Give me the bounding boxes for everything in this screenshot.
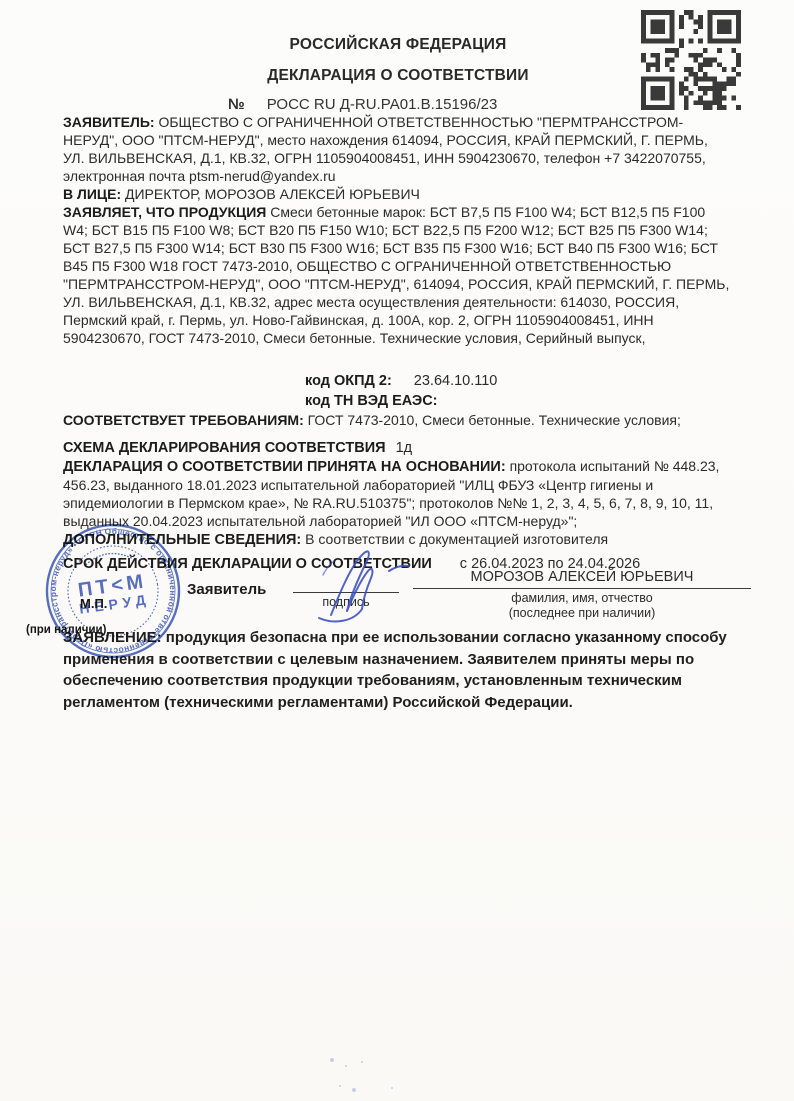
scheme-value: 1д bbox=[396, 440, 413, 456]
applicant-text: ОБЩЕСТВО С ОГРАНИЧЕННОЙ ОТВЕТСТВЕННОСТЬЮ… bbox=[63, 114, 708, 184]
codes-section: код ОКПД 2:23.64.10.110 код ТН ВЭД ЕАЭС: bbox=[63, 371, 733, 411]
signatory-name: МОРОЗОВ АЛЕКСЕЙ ЮРЬЕВИЧ bbox=[413, 569, 751, 589]
applicant-label: ЗАЯВИТЕЛЬ: bbox=[63, 114, 155, 130]
person-text: ДИРЕКТОР, МОРОЗОВ АЛЕКСЕЙ ЮРЬЕВИЧ bbox=[125, 186, 420, 202]
signature-scribble bbox=[293, 545, 453, 629]
stamp-ornament bbox=[85, 551, 132, 565]
document-title: ДЕКЛАРАЦИЯ О СООТВЕТСТВИИ bbox=[63, 67, 733, 85]
scheme-label: СХЕМА ДЕКЛАРИРОВАНИЯ СООТВЕТСТВИЯ bbox=[63, 440, 386, 456]
conformity-label: СООТВЕТСТВУЕТ ТРЕБОВАНИЯМ: bbox=[63, 412, 304, 428]
signatory-name-block: МОРОЗОВ АЛЕКСЕЙ ЮРЬЕВИЧ фамилия, имя, от… bbox=[413, 569, 751, 621]
applicant-section: ЗАЯВИТЕЛЬ: ОБЩЕСТВО С ОГРАНИЧЕННОЙ ОТВЕТ… bbox=[63, 113, 733, 203]
name-caption-1: фамилия, имя, отчество bbox=[413, 591, 751, 606]
okpd-label: код ОКПД 2: bbox=[305, 373, 392, 389]
scanned-declaration-page: { "header": { "country": "РОССИЙСКАЯ ФЕД… bbox=[0, 0, 794, 1101]
okpd-row: код ОКПД 2:23.64.10.110 bbox=[305, 371, 733, 391]
mp-note: (при наличии) bbox=[26, 624, 106, 636]
number-value: РОСС RU Д-RU.РА01.В.15196/23 bbox=[267, 96, 498, 113]
scheme-section: СХЕМА ДЕКЛАРИРОВАНИЯ СООТВЕТСТВИЯ1д bbox=[63, 439, 733, 457]
tnved-row: код ТН ВЭД ЕАЭС: bbox=[305, 391, 733, 411]
mp-label: М.П. bbox=[80, 596, 107, 611]
okpd-value: 23.64.10.110 bbox=[414, 373, 498, 389]
company-stamp: Общество с ограниченной ответственностью… bbox=[17, 495, 209, 687]
conformity-section: СООТВЕТСТВУЕТ ТРЕБОВАНИЯМ: ГОСТ 7473-201… bbox=[63, 411, 733, 429]
country-title: РОССИЙСКАЯ ФЕДЕРАЦИЯ bbox=[63, 36, 733, 54]
product-label: ЗАЯВЛЯЕТ, ЧТО ПРОДУКЦИЯ bbox=[63, 204, 266, 220]
product-section: ЗАЯВЛЯЕТ, ЧТО ПРОДУКЦИЯ Смеси бетонные м… bbox=[63, 203, 733, 347]
number-sign: № bbox=[228, 96, 245, 113]
product-text: Смеси бетонные марок: БСТ В7,5 П5 F100 W… bbox=[63, 204, 729, 346]
document-page: РОССИЙСКАЯ ФЕДЕРАЦИЯ ДЕКЛАРАЦИЯ О СООТВЕ… bbox=[0, 0, 794, 1101]
basis-label: ДЕКЛАРАЦИЯ О СООТВЕТСТВИИ ПРИНЯТА НА ОСН… bbox=[63, 459, 506, 475]
person-label: В ЛИЦЕ: bbox=[63, 186, 121, 202]
ink-bleed-marks bbox=[330, 1058, 334, 1062]
conformity-text: ГОСТ 7473-2010, Смеси бетонные. Техничес… bbox=[308, 412, 681, 428]
name-caption-2: (последнее при наличии) bbox=[413, 606, 751, 621]
tnved-label: код ТН ВЭД ЕАЭС: bbox=[305, 393, 438, 409]
declaration-number: №РОСС RU Д-RU.РА01.В.15196/23 bbox=[63, 96, 733, 113]
